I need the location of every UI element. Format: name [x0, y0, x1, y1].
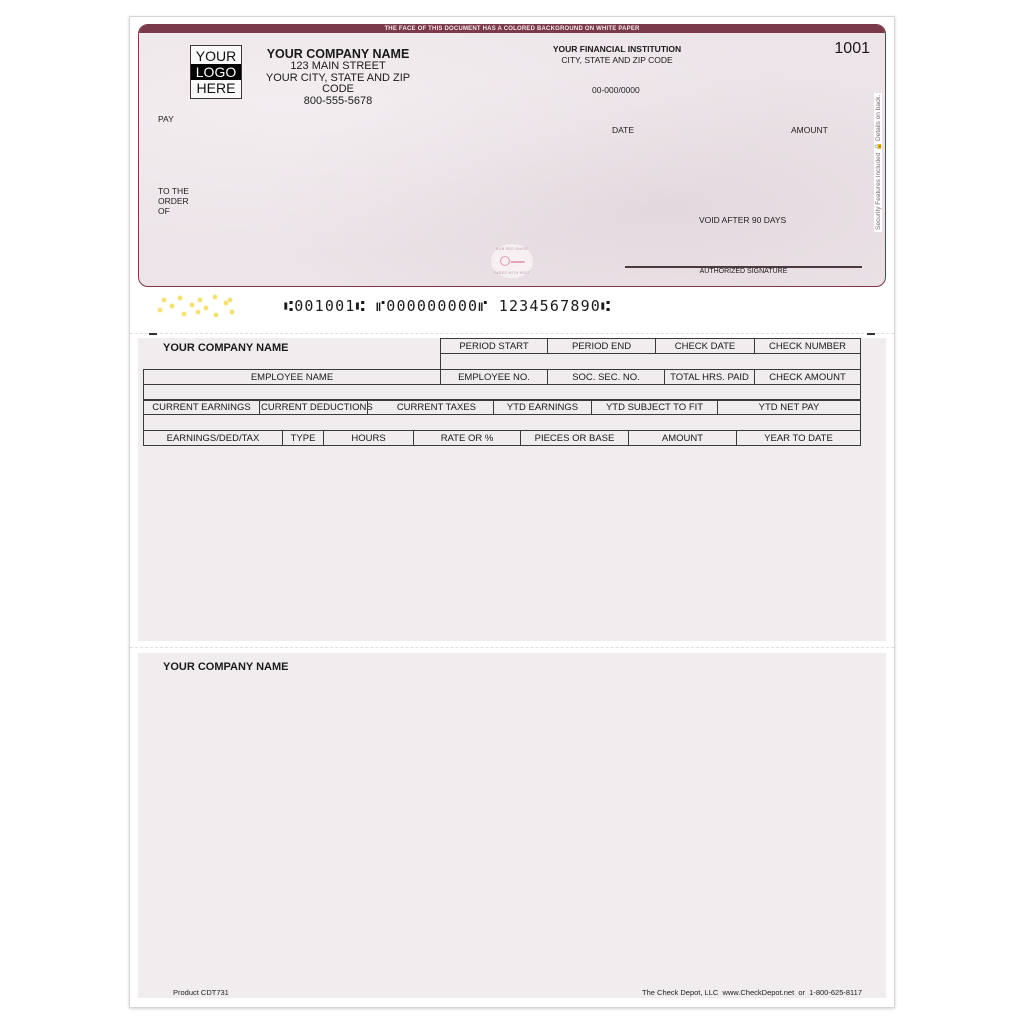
header-pieces-or-base: PIECES OR BASE: [520, 430, 629, 446]
order-line: TO THE: [158, 186, 189, 196]
logo-line: YOUR: [196, 48, 236, 64]
amount-label: AMOUNT: [791, 125, 828, 135]
company-street: 123 MAIN STREET: [252, 61, 424, 73]
dot: [224, 301, 228, 305]
dot: [170, 304, 174, 308]
logo-line: HERE: [197, 80, 236, 96]
header-employee-name: EMPLOYEE NAME: [143, 369, 441, 385]
header-ytd-earnings: YTD EARNINGS: [493, 400, 592, 415]
seal-top-text: RUB RED IMAGE: [496, 247, 528, 251]
dot: [162, 298, 166, 302]
row2-values: [143, 385, 861, 400]
company-address: YOUR COMPANY NAME 123 MAIN STREET YOUR C…: [252, 47, 424, 107]
logo-line: LOGO: [191, 64, 241, 80]
security-dots: [156, 294, 236, 318]
header-current-deductions: CURRENT DEDUCTIONS: [259, 400, 368, 415]
header-type: TYPE: [282, 430, 324, 446]
header-hours: HOURS: [323, 430, 414, 446]
routing-fraction: 00-000/0000: [592, 85, 640, 95]
dot: [228, 298, 232, 302]
header-period-start: PERIOD START: [440, 338, 548, 354]
company-logo-placeholder: YOUR LOGO HERE: [190, 45, 242, 99]
void-notice: VOID AFTER 90 DAYS: [699, 215, 786, 225]
row3-values: [143, 415, 861, 431]
vendor-info: The Check Depot, LLC www.CheckDepot.net …: [560, 988, 862, 997]
heat-sensitive-seal: RUB RED IMAGE ⭘━ FADES WITH HEAT: [491, 244, 533, 278]
seal-bottom-text: FADES WITH HEAT: [494, 271, 530, 275]
stub1-company-name: YOUR COMPANY NAME: [163, 342, 289, 354]
dot: [182, 312, 186, 316]
header-employee-no: EMPLOYEE NO.: [440, 369, 548, 385]
header-ytd-subject-to-fit: YTD SUBJECT TO FIT: [591, 400, 718, 415]
header-ytd-net-pay: YTD NET PAY: [717, 400, 861, 415]
header-check-amount: CHECK AMOUNT: [754, 369, 861, 385]
order-line: ORDER: [158, 196, 189, 206]
header-total-hrs-paid: TOTAL HRS. PAID: [664, 369, 755, 385]
date-label: DATE: [612, 125, 634, 135]
stub2-company-name: YOUR COMPANY NAME: [163, 661, 289, 673]
dot: [230, 310, 234, 314]
perforation-line: [130, 333, 894, 334]
dot: [190, 303, 194, 307]
company-phone: 800-555-5678: [252, 96, 424, 108]
dot: [214, 313, 218, 317]
header-current-earnings: CURRENT EARNINGS: [143, 400, 260, 415]
perforation-line: [130, 647, 894, 648]
pay-label: PAY: [158, 114, 174, 124]
security-features-text: Security Features Included 🔒 Details on …: [874, 93, 882, 232]
dot: [178, 296, 182, 300]
dot: [198, 298, 202, 302]
header-current-taxes: CURRENT TAXES: [367, 400, 494, 415]
header-amount: AMOUNT: [628, 430, 737, 446]
bank-info: YOUR FINANCIAL INSTITUTION CITY, STATE A…: [540, 44, 694, 66]
check-number: 1001: [800, 40, 870, 58]
micr-line: ⑆001001⑆ ⑈000000000⑈ 1234567890⑆: [284, 297, 611, 315]
header-rate-or-percent: RATE OR %: [413, 430, 521, 446]
header-year-to-date: YEAR TO DATE: [736, 430, 861, 446]
header-soc-sec-no: SOC. SEC. NO.: [547, 369, 665, 385]
perf-mark: [867, 333, 875, 335]
dot: [204, 306, 208, 310]
payroll-stub-2: [138, 653, 886, 998]
header-period-end: PERIOD END: [547, 338, 656, 354]
company-name: YOUR COMPANY NAME: [252, 47, 424, 61]
dot: [158, 308, 162, 312]
perf-mark: [149, 333, 157, 335]
company-city: YOUR CITY, STATE AND ZIP CODE: [252, 73, 424, 96]
product-code: Product CDT731: [173, 988, 229, 997]
dot: [196, 310, 200, 314]
row1-values: [440, 354, 861, 370]
bank-name: YOUR FINANCIAL INSTITUTION: [540, 44, 694, 55]
bank-city: CITY, STATE AND ZIP CODE: [540, 55, 694, 66]
order-line: OF: [158, 206, 189, 216]
header-check-number: CHECK NUMBER: [754, 338, 861, 354]
header-check-date: CHECK DATE: [655, 338, 755, 354]
key-icon: ⭘━: [499, 253, 524, 270]
dot: [213, 295, 217, 299]
to-the-order-of-label: TO THE ORDER OF: [158, 186, 189, 216]
background-notice-band: THE FACE OF THIS DOCUMENT HAS A COLORED …: [139, 25, 885, 33]
signature-label: AUTHORIZED SIGNATURE: [625, 268, 862, 275]
header-earnings-ded-tax: EARNINGS/DED/TAX: [143, 430, 283, 446]
